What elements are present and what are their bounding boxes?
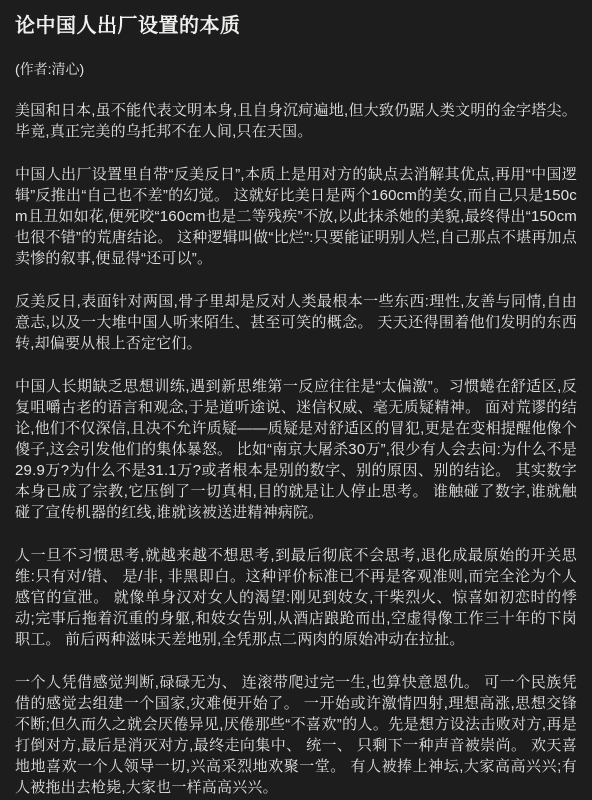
paragraph-3: 反美反日,表面针对两国,骨子里却是反对人类最根本一些东西:理性,友善与同情,自由… xyxy=(15,291,577,354)
paragraph-4: 中国人长期缺乏思想训练,遇到新思维第一反应往往是“太偏激”。习惯蜷在舒适区,反复… xyxy=(15,376,577,523)
document-page: 论中国人出厂设置的本质 (作者:清心) 美国和日本,虽不能代表文明本身,且自身沉… xyxy=(0,0,592,800)
article-body: 美国和日本,虽不能代表文明本身,且自身沉疴遍地,但大致仍踞人类文明的金字塔尖。毕… xyxy=(15,100,577,798)
paragraph-5: 人一旦不习惯思考,就越来越不想思考,到最后彻底不会思考,退化成最原始的开关思维:… xyxy=(15,545,577,650)
paragraph-1: 美国和日本,虽不能代表文明本身,且自身沉疴遍地,但大致仍踞人类文明的金字塔尖。毕… xyxy=(15,100,577,142)
author-line: (作者:清心) xyxy=(15,61,577,78)
article-title: 论中国人出厂设置的本质 xyxy=(15,14,577,39)
paragraph-6: 一个人凭借感觉判断,碌碌无为、 连滚带爬过完一生,也算快意恩仇。 可一个民族凭借… xyxy=(15,672,577,798)
paragraph-2: 中国人出厂设置里自带“反美反日”,本质上是用对方的缺点去消解其优点,再用“中国逻… xyxy=(15,164,577,269)
